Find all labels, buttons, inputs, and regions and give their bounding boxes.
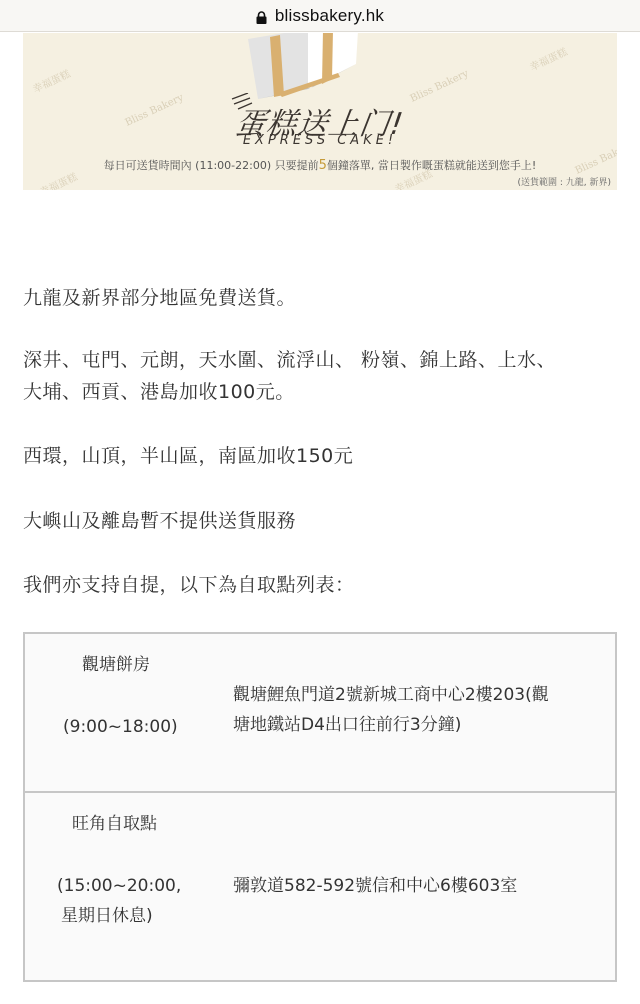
address-line: 塘地鐵站D4出口往前行3分鐘) xyxy=(233,710,613,740)
hours-line: (15:00~20:00, xyxy=(57,871,181,901)
pickup-address: 觀塘鯉魚門道2號新城工商中心2樓203(觀 塘地鐵站D4出口往前行3分鐘) xyxy=(233,680,613,740)
address-line: 觀塘鯉魚門道2號新城工商中心2樓203(觀 xyxy=(233,680,613,710)
surcharge-150-note: 西環，山頂，半山區，南區加收150元 xyxy=(23,440,617,472)
watermark: 幸福蛋糕 xyxy=(527,43,570,73)
watermark: 幸福蛋糕 xyxy=(30,65,73,95)
lock-icon xyxy=(256,9,267,22)
note-text: 個鐘落單, 當日製作嘅蛋糕就能送到您手上! xyxy=(327,159,536,172)
express-cake-banner: 幸福蛋糕 Bliss Bakery Bliss Bakery 幸福蛋糕 Blis… xyxy=(23,33,617,190)
browser-url-bar[interactable]: blissbakery.hk xyxy=(0,0,640,32)
surcharge-100-note: 深井、屯門、元朗，天水圍、流浮山、 粉嶺、錦上路、上水、 大埔、西貢、港島加收1… xyxy=(23,344,617,408)
pickup-name: 旺角自取點 xyxy=(72,809,157,839)
free-delivery-note: 九龍及新界部分地區免費送貨。 xyxy=(23,282,617,314)
delivery-range-note: (送貨範圍 : 九龍, 新界) xyxy=(518,175,612,188)
pickup-points-table: 觀塘餅房 (9:00~18:00) 觀塘鯉魚門道2號新城工商中心2樓203(觀 … xyxy=(23,632,617,982)
banner-subtitle: EXPRESS CAKE! xyxy=(23,133,617,148)
no-service-note: 大嶼山及離島暫不提供送貨服務 xyxy=(23,505,617,537)
pickup-row-mong-kok: 旺角自取點 (15:00~20:00, 星期日休息) 彌敦道582-592號信和… xyxy=(25,791,615,980)
delivery-time-note: 每日可送貨時間內 (11:00-22:00) 只要提前5個鐘落單, 當日製作嘅蛋… xyxy=(23,157,617,173)
pickup-hours: (9:00~18:00) xyxy=(63,712,178,742)
hours-line: 星期日休息) xyxy=(57,901,181,931)
surcharge-100-line: 大埔、西貢、港島加收100元。 xyxy=(23,376,617,408)
pickup-hours: (15:00~20:00, 星期日休息) xyxy=(57,871,181,931)
pickup-row-kwun-tong: 觀塘餅房 (9:00~18:00) 觀塘鯉魚門道2號新城工商中心2樓203(觀 … xyxy=(25,634,615,791)
pickup-address: 彌敦道582-592號信和中心6樓603室 xyxy=(233,871,613,901)
pickup-intro: 我們亦支持自提，以下為自取點列表： xyxy=(23,569,617,601)
note-text: 每日可送貨時間內 (11:00-22:00) 只要提前 xyxy=(104,159,319,172)
hours-ahead-highlight: 5 xyxy=(319,158,327,173)
surcharge-100-line: 深井、屯門、元朗，天水圍、流浮山、 粉嶺、錦上路、上水、 xyxy=(23,344,617,376)
url-text: blissbakery.hk xyxy=(275,6,384,26)
pickup-name: 觀塘餅房 xyxy=(82,650,150,680)
